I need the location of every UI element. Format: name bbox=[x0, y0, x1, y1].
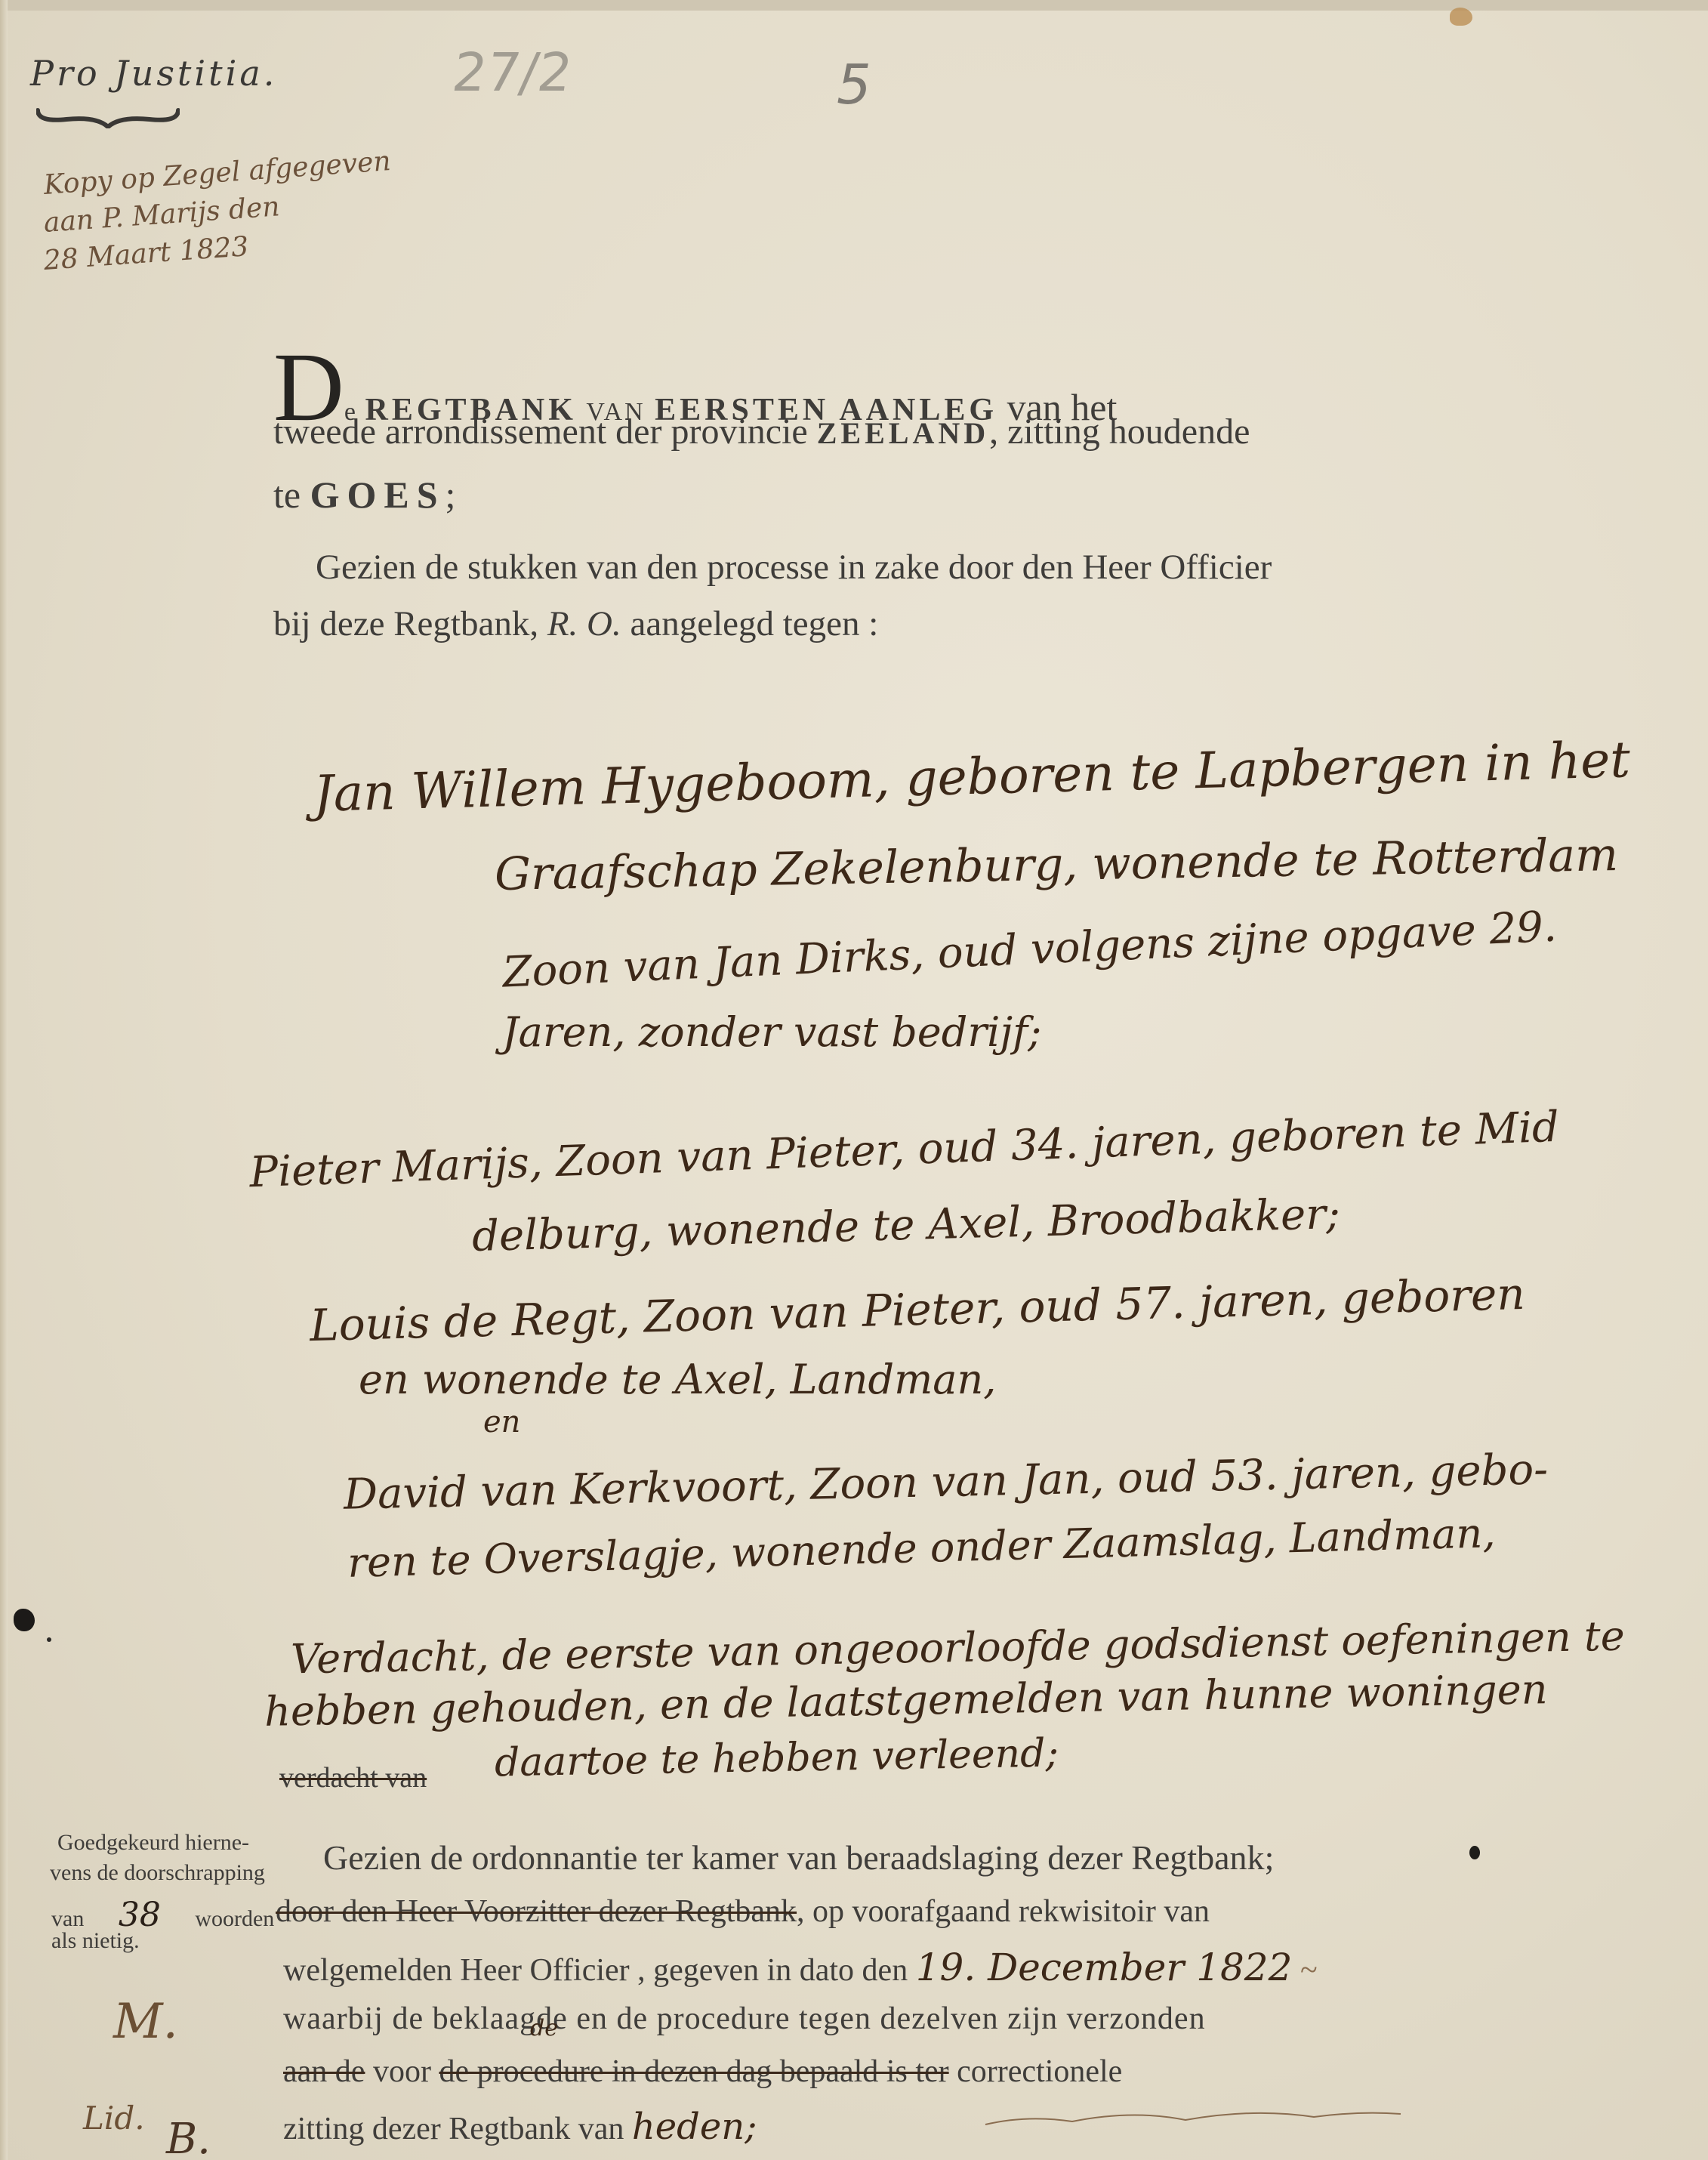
date-tail-flourish: ~ bbox=[1300, 1953, 1318, 1988]
rekwisitoir-text: , op voorafgaand rekwisitoir van bbox=[797, 1894, 1210, 1929]
stamp-text: Pro Justitia. bbox=[30, 53, 277, 94]
court-heading-line-2: tweede arrondissement der provincie ZEEL… bbox=[273, 414, 1250, 450]
struck-aan-de: aan de bbox=[283, 2054, 365, 2089]
pro-justitia-stamp: Pro Justitia. bbox=[30, 53, 277, 94]
initials-signature: M. bbox=[113, 1994, 178, 2050]
accused-3-line-1: Louis de Regt, Zoon van Pieter, oud 57. … bbox=[309, 1268, 1525, 1351]
correctionele-line: aan de voor de procedure in dezen dag be… bbox=[283, 2056, 1122, 2087]
voor-text: voor bbox=[373, 2054, 431, 2089]
correctionele-text: correctionele bbox=[957, 2054, 1122, 2089]
margin-note-line: Kopy op Zegel afgegeven bbox=[43, 146, 392, 201]
heading-te: te bbox=[273, 474, 301, 516]
insert-de: de bbox=[530, 2015, 558, 2041]
accused-4-line-2: ren te Overslagje, wonende onder Zaamsla… bbox=[347, 1509, 1496, 1587]
heading-goes: GOES bbox=[310, 474, 445, 516]
margin-note-line: 28 Maart 1823 bbox=[43, 231, 250, 276]
r-o-abbrev: R. O. bbox=[547, 604, 621, 643]
handwritten-heden: heden; bbox=[632, 2106, 757, 2148]
accused-4-line-1: David van Kerkvoort, Zoon van Jan, oud 5… bbox=[343, 1445, 1548, 1519]
brace-ornament-icon bbox=[36, 107, 180, 128]
ordonnantie-punct: ; bbox=[1265, 1838, 1275, 1877]
accused-1-line-4: Jaren, zonder vast bedrijf; bbox=[502, 1008, 1041, 1056]
page-top-edge bbox=[0, 0, 1708, 11]
charge-line-3: daartoe te hebben verleend; bbox=[495, 1730, 1059, 1785]
struck-verdacht-van: verdacht van bbox=[279, 1763, 427, 1792]
approval-note-line-1: Goedgekeurd hierne- bbox=[57, 1830, 249, 1856]
second-signature: B. bbox=[166, 2115, 211, 2160]
page-left-edge bbox=[0, 0, 8, 2160]
approval-note-line-2: vens de doorschrapping bbox=[50, 1860, 265, 1886]
archive-pencil-mark: 27/2 bbox=[449, 42, 576, 103]
officier-date-line: welgemelden Heer Officier , gegeven in d… bbox=[283, 1949, 1318, 1986]
verzonden-line: waarbij de beklaagde en de procedure teg… bbox=[283, 2003, 1206, 2035]
accused-3-line-2: en wonende te Axel, Landman, bbox=[359, 1356, 996, 1403]
heading-punct: ; bbox=[445, 474, 456, 516]
ink-dot bbox=[47, 1637, 51, 1642]
bij-deze-regtbank: bij deze Regtbank, bbox=[273, 604, 538, 643]
ordonnantie-text: Gezien de ordonnantie ter kamer van bera… bbox=[323, 1838, 1265, 1877]
accused-1-line-3: Zoon van Jan Dirks, oud volgens zijne op… bbox=[501, 903, 1558, 998]
page-number: 5 bbox=[837, 53, 871, 116]
accused-1-line-1: Jan Willem Hygeboom, geboren te Lapberge… bbox=[313, 730, 1630, 823]
ink-dot bbox=[1469, 1846, 1480, 1859]
zitting-text: zitting dezer Regtbank van bbox=[283, 2112, 624, 2146]
gezien-stukken-line: Gezien de stukken van den processe in za… bbox=[316, 550, 1272, 585]
ink-blot bbox=[14, 1609, 35, 1631]
accused-insert-en: en bbox=[483, 1405, 520, 1439]
handwritten-date: 19. December 1822 bbox=[916, 1946, 1293, 1989]
aangelegd-tegen: aangelegd tegen : bbox=[630, 604, 878, 643]
heading-zeeland: ZEELAND bbox=[817, 416, 989, 450]
voorzitter-line: door den Heer Voorzitter dezer Regtbank,… bbox=[276, 1896, 1210, 1927]
zitting-line: zitting dezer Regtbank van heden; bbox=[283, 2109, 757, 2145]
aangelegd-tegen-line: bij deze Regtbank, R. O. aangelegd tegen… bbox=[273, 606, 878, 642]
court-heading-line-3: te GOES; bbox=[273, 476, 455, 514]
line-filler-flourish bbox=[982, 2103, 1404, 2134]
struck-voorzitter: door den Heer Voorzitter dezer Regtbank bbox=[276, 1894, 797, 1929]
heading-zitting: , zitting houdende bbox=[989, 412, 1250, 452]
accused-2-line-2: delburg, wonende te Axel, Broodbakker; bbox=[471, 1190, 1340, 1261]
document-page: Pro Justitia. 27/2 5 Kopy op Zegel afgeg… bbox=[0, 0, 1708, 2160]
gegeven-in-dato: welgemelden Heer Officier , gegeven in d… bbox=[283, 1953, 908, 1988]
gezien-ordonnantie-line: Gezien de ordonnantie ter kamer van bera… bbox=[323, 1841, 1274, 1875]
heading-arrondissement: tweede arrondissement der provincie bbox=[273, 412, 808, 452]
accused-2-line-1: Pieter Marijs, Zoon van Pieter, oud 34. … bbox=[248, 1103, 1559, 1198]
ink-stain bbox=[1450, 8, 1472, 26]
struck-procedure: de procedure in dezen dag bepaald is ter bbox=[439, 2054, 948, 2089]
lid-signature: Lid. bbox=[83, 2100, 145, 2137]
woorden-text: woorden bbox=[195, 1906, 274, 1931]
accused-1-line-2: Graafschap Zekelenburg, wonende te Rotte… bbox=[495, 829, 1619, 901]
approval-note-line-4: als nietig. bbox=[51, 1928, 140, 1954]
